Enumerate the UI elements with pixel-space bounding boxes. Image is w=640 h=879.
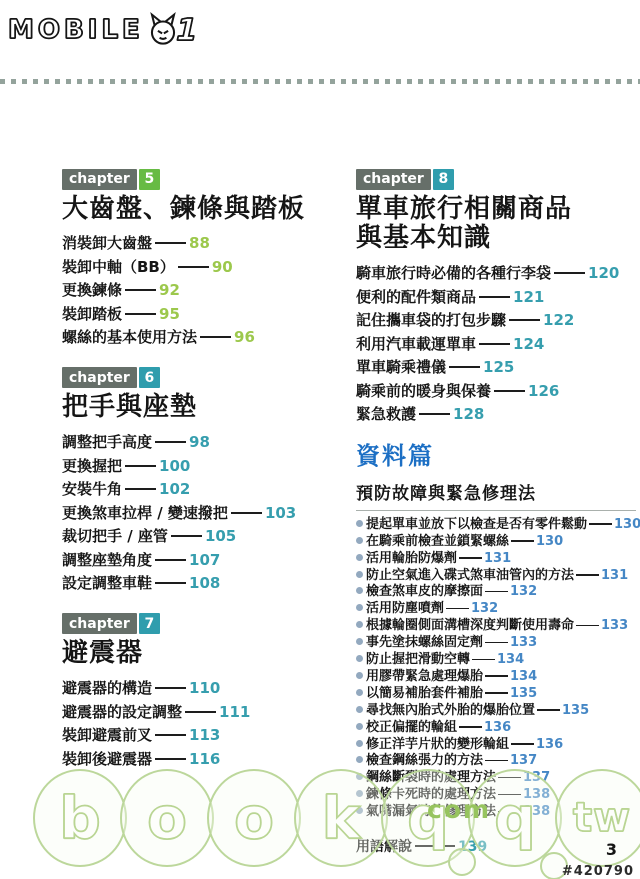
toc-item-label: 騎車旅行時必備的各種行李袋 [356, 264, 551, 282]
toc-item-label: 尋找無內胎式外胎的爆胎位置 [366, 703, 535, 718]
toc-item-label: 調整把手高度 [62, 433, 152, 451]
toc-bullet-item: 以簡易補胎套件補胎135 [356, 686, 636, 703]
toc-item-label: 活用防塵噴劑 [366, 601, 444, 616]
data-reference-section: 資料篇 預防故障與緊急修理法 提起單車並放下以檢查是否有零件鬆動130 在騎乘前… [356, 436, 636, 856]
toc-item: 利用汽車載運單車124 [356, 333, 636, 357]
toc-item: 單車騎乘禮儀125 [356, 356, 636, 380]
toc-item: 裝卸後避震器116 [62, 748, 342, 772]
toc-item: 裝卸避震前叉113 [62, 724, 342, 748]
leader-dash [485, 642, 508, 644]
book-toc-page: MOBILE 1 chapter 5 大齒盤、鍊條與踏板 [0, 0, 640, 879]
bullet-icon [356, 689, 363, 696]
toc-item: 更換煞車拉桿 / 變速撥把103 [62, 502, 342, 526]
glossary-item: 用語解說139 [356, 836, 636, 856]
chapter-6-title: 把手與座墊 [62, 393, 342, 423]
toc-item-label: 更換鍊條 [62, 281, 122, 299]
toc-item-label: 記住攜車袋的打包步驟 [356, 311, 506, 329]
chapter-8-title-line2: 與基本知識 [356, 224, 636, 254]
bullet-icon [356, 740, 363, 747]
toc-item-page: 102 [159, 480, 190, 498]
toc-bullet-item: 檢查鋼絲張力的方法137 [356, 753, 636, 770]
toc-item: 更換鍊條92 [62, 279, 342, 303]
toc-item-page: 131 [601, 568, 628, 583]
toc-item-page: 108 [189, 574, 220, 592]
leader-dash [589, 523, 612, 525]
chapter-7-title: 避震器 [62, 639, 342, 669]
toc-item-page: 98 [189, 433, 210, 451]
toc-item-page: 136 [536, 737, 563, 752]
toc-item-page: 135 [562, 703, 589, 718]
chapter-badge-number: 8 [433, 169, 454, 190]
data-section-item-list: 提起單車並放下以檢查是否有零件鬆動130 在騎乘前檢查並鎖緊螺絲130 活用輪胎… [356, 517, 636, 821]
toc-item-page: 88 [189, 234, 210, 252]
leader-dash [485, 760, 508, 762]
data-section-title: 資料篇 [356, 436, 636, 471]
leader-dash [459, 726, 482, 728]
toc-item: 螺絲的基本使用方法96 [62, 326, 342, 350]
leader-dash [537, 709, 560, 711]
toc-item-page: 134 [510, 669, 537, 684]
leader-dash [498, 811, 521, 813]
chapter-badge-number: 5 [139, 169, 160, 190]
toc-item-label: 裝卸避震前叉 [62, 726, 152, 744]
toc-item: 避震器的構造110 [62, 677, 342, 701]
chapter-6-item-list: 調整把手高度98 更換握把100 安裝牛角102 更換煞車拉桿 / 變速撥把10… [62, 431, 342, 596]
toc-item-label: 防止握把滑動空轉 [366, 652, 470, 667]
leader-dash [479, 296, 510, 298]
toc-item-label: 根據輪圈側面溝槽深度判斷使用壽命 [366, 618, 574, 633]
toc-item-page: 124 [513, 335, 544, 353]
mobile01-logo-text: MOBILE [8, 15, 144, 45]
chapter-badge-word: chapter [356, 169, 431, 190]
toc-item-label: 活用輪胎防爆劑 [366, 551, 457, 566]
bullet-icon [356, 537, 363, 544]
toc-bullet-item: 鋼絲斷裂時的處理方法137 [356, 770, 636, 787]
chapter-6-badge: chapter 6 [62, 367, 160, 388]
leader-dash [178, 266, 209, 268]
toc-item-page: 132 [471, 601, 498, 616]
chapter-badge-word: chapter [62, 367, 137, 388]
bullet-icon [356, 520, 363, 527]
leader-dash [125, 289, 156, 291]
leader-dash [125, 313, 156, 315]
bullet-icon [356, 807, 363, 814]
chapter-8-title: 單車旅行相關商品 與基本知識 [356, 195, 636, 255]
toc-item-label: 鋼絲斷裂時的處理方法 [366, 770, 496, 785]
leader-dash [231, 512, 262, 514]
watermark-letter: o [234, 784, 274, 852]
toc-item: 裝卸中軸（BB）90 [62, 256, 342, 280]
toc-item-page: 133 [601, 618, 628, 633]
toc-item-page: 116 [189, 750, 220, 768]
toc-item-label: 檢查鋼絲張力的方法 [366, 753, 483, 768]
toc-item-page: 107 [189, 551, 220, 569]
toc-item-label: 以簡易補胎套件補胎 [366, 686, 483, 701]
chapter-7-badge: chapter 7 [62, 613, 160, 634]
toc-item-label: 裝卸中軸（BB） [62, 258, 175, 276]
leader-dash [155, 582, 186, 584]
toc-item-page: 133 [510, 635, 537, 650]
toc-item-page: 136 [484, 720, 511, 735]
leader-dash [125, 488, 156, 490]
glossary-page: 139 [458, 839, 487, 855]
toc-item-label: 在騎乘前檢查並鎖緊螺絲 [366, 534, 509, 549]
leader-dash [171, 535, 202, 537]
toc-item-page: 100 [159, 457, 190, 475]
toc-bullet-item: 檢查煞車皮的摩擦面132 [356, 584, 636, 601]
toc-item-page: 137 [510, 753, 537, 768]
toc-item: 裁切把手 / 座管105 [62, 525, 342, 549]
bullet-icon [356, 621, 363, 628]
chapter-badge-number: 7 [139, 613, 160, 634]
toc-item-label: 更換握把 [62, 457, 122, 475]
toc-item: 調整座墊角度107 [62, 549, 342, 573]
toc-item-page: 134 [497, 652, 524, 667]
bullet-icon [356, 655, 363, 662]
chapter-badge-number: 6 [139, 367, 160, 388]
toc-item-page: 103 [265, 504, 296, 522]
toc-item: 裝卸踏板95 [62, 303, 342, 327]
bullet-icon [356, 672, 363, 679]
toc-item-page: 121 [513, 288, 544, 306]
bullet-icon [356, 638, 363, 645]
leader-dash [485, 692, 508, 694]
bullet-icon [356, 723, 363, 730]
leader-dash [511, 743, 534, 745]
toc-left-column: chapter 5 大齒盤、鍊條與踏板 消裝卸大齒盤88 裝卸中軸（BB）90 … [62, 168, 342, 788]
leader-dash [449, 366, 480, 368]
leader-dash [415, 845, 455, 847]
leader-dash [155, 734, 186, 736]
toc-item-label: 避震器的構造 [62, 679, 152, 697]
bullet-icon [356, 756, 363, 763]
leader-dash [554, 272, 585, 274]
toc-item-page: 126 [528, 382, 559, 400]
dotted-separator [0, 79, 640, 84]
toc-item: 調整把手高度98 [62, 431, 342, 455]
toc-item-label: 裁切把手 / 座管 [62, 527, 168, 545]
leader-dash [511, 540, 534, 542]
toc-item-label: 調整座墊角度 [62, 551, 152, 569]
mobile01-logo: MOBILE 1 [8, 12, 197, 48]
toc-item-label: 氣嘴漏氣時的修理方法 [366, 804, 496, 819]
toc-bullet-item: 用膠帶緊急處理爆胎134 [356, 669, 636, 686]
chapter-8-item-list: 騎車旅行時必備的各種行李袋120 便利的配件類商品121 記住攜車袋的打包步驟1… [356, 262, 636, 427]
toc-bullet-item: 活用輪胎防爆劑131 [356, 551, 636, 568]
toc-bullet-item: 在騎乘前檢查並鎖緊螺絲130 [356, 534, 636, 551]
toc-item-label: 緊急救護 [356, 405, 416, 423]
toc-item-label: 安裝牛角 [62, 480, 122, 498]
toc-item: 安裝牛角102 [62, 478, 342, 502]
toc-item-page: 122 [543, 311, 574, 329]
leader-dash [185, 711, 216, 713]
chapter-5-badge: chapter 5 [62, 169, 160, 190]
toc-item: 設定調整車鞋108 [62, 572, 342, 596]
leader-dash [200, 336, 231, 338]
toc-item-label: 螺絲的基本使用方法 [62, 328, 197, 346]
toc-item-label: 校正偏擺的輪組 [366, 720, 457, 735]
toc-item-page: 125 [483, 358, 514, 376]
toc-item-page: 105 [205, 527, 236, 545]
toc-item-label: 事先塗抹螺絲固定劑 [366, 635, 483, 650]
toc-item: 記住攜車袋的打包步驟122 [356, 309, 636, 333]
toc-item-page: 128 [453, 405, 484, 423]
leader-dash [509, 319, 540, 321]
toc-item: 消裝卸大齒盤88 [62, 232, 342, 256]
chapter-badge-word: chapter [62, 613, 137, 634]
leader-dash [494, 390, 525, 392]
chapter-6-section: chapter 6 把手與座墊 調整把手高度98 更換握把100 安裝牛角102… [62, 367, 342, 596]
toc-bullet-item: 校正偏擺的輪組136 [356, 720, 636, 737]
toc-item-label: 鍊條卡死時的處理方法 [366, 787, 496, 802]
toc-item-label: 檢查煞車皮的摩擦面 [366, 584, 483, 599]
toc-item-page: 138 [523, 804, 550, 819]
toc-item-page: 137 [523, 770, 550, 785]
toc-bullet-item: 提起單車並放下以檢查是否有零件鬆動130 [356, 517, 636, 534]
toc-item-label: 消裝卸大齒盤 [62, 234, 152, 252]
toc-item-label: 避震器的設定調整 [62, 703, 182, 721]
chapter-8-badge: chapter 8 [356, 169, 454, 190]
leader-dash [446, 608, 469, 610]
bullet-icon [356, 790, 363, 797]
toc-item-label: 更換煞車拉桿 / 變速撥把 [62, 504, 228, 522]
glossary-label: 用語解說 [356, 839, 412, 855]
bullet-icon [356, 706, 363, 713]
toc-bullet-item: 根據輪圈側面溝槽深度判斷使用壽命133 [356, 618, 636, 635]
toc-bullet-item: 尋找無內胎式外胎的爆胎位置135 [356, 703, 636, 720]
toc-item: 騎乘前的暖身與保養126 [356, 380, 636, 404]
leader-dash [498, 777, 521, 779]
post-id-stamp: #420790 [562, 864, 634, 879]
bullet-icon [356, 587, 363, 594]
toc-item-page: 132 [510, 584, 537, 599]
toc-item-page: 113 [189, 726, 220, 744]
chapter-7-section: chapter 7 避震器 避震器的構造110 避震器的設定調整111 裝卸避震… [62, 613, 342, 771]
toc-bullet-item: 氣嘴漏氣時的修理方法138 [356, 804, 636, 821]
toc-bullet-item: 修正洋芋片狀的變形輪組136 [356, 737, 636, 754]
leader-dash [472, 659, 495, 661]
toc-item-page: 138 [523, 787, 550, 802]
toc-bullet-item: 事先塗抹螺絲固定劑133 [356, 635, 636, 652]
leader-dash [485, 675, 508, 677]
bullet-icon [356, 554, 363, 561]
toc-item: 更換握把100 [62, 455, 342, 479]
bullet-icon [356, 773, 363, 780]
toc-item-label: 便利的配件類商品 [356, 288, 476, 306]
toc-item: 避震器的設定調整111 [62, 701, 342, 725]
data-section-subtitle: 預防故障與緊急修理法 [356, 479, 636, 511]
chapter-5-item-list: 消裝卸大齒盤88 裝卸中軸（BB）90 更換鍊條92 裝卸踏板95 螺絲的基本使… [62, 232, 342, 350]
leader-dash [155, 687, 186, 689]
chapter-7-item-list: 避震器的構造110 避震器的設定調整111 裝卸避震前叉113 裝卸後避震器11… [62, 677, 342, 771]
toc-item-label: 修正洋芋片狀的變形輪組 [366, 737, 509, 752]
chapter-5-title: 大齒盤、鍊條與踏板 [62, 195, 342, 225]
toc-item-label: 用膠帶緊急處理爆胎 [366, 669, 483, 684]
toc-item-label: 設定調整車鞋 [62, 574, 152, 592]
leader-dash [576, 625, 599, 627]
bullet-icon [356, 604, 363, 611]
leader-dash [485, 591, 508, 593]
leader-dash [576, 574, 599, 576]
toc-item-page: 131 [484, 551, 511, 566]
toc-item-page: 111 [219, 703, 250, 721]
leader-dash [419, 413, 450, 415]
toc-bullet-item: 鍊條卡死時的處理方法138 [356, 787, 636, 804]
toc-item-label: 騎乘前的暖身與保養 [356, 382, 491, 400]
leader-dash [479, 343, 510, 345]
watermark-letter: o [147, 784, 187, 852]
toc-item-page: 135 [510, 686, 537, 701]
toc-item: 緊急救護128 [356, 403, 636, 427]
chapter-8-title-line1: 單車旅行相關商品 [356, 195, 636, 225]
chapter-badge-word: chapter [62, 169, 137, 190]
toc-item-page: 130 [536, 534, 563, 549]
toc-item-page: 92 [159, 281, 180, 299]
leader-dash [459, 557, 482, 559]
toc-item-page: 95 [159, 305, 180, 323]
leader-dash [155, 559, 186, 561]
toc-item-page: 96 [234, 328, 255, 346]
toc-right-column: chapter 8 單車旅行相關商品 與基本知識 騎車旅行時必備的各種行李袋12… [356, 168, 636, 856]
toc-item-page: 120 [588, 264, 619, 282]
toc-bullet-item: 防止空氣進入碟式煞車油管內的方法131 [356, 568, 636, 585]
bullet-icon [356, 571, 363, 578]
chapter-5-section: chapter 5 大齒盤、鍊條與踏板 消裝卸大齒盤88 裝卸中軸（BB）90 … [62, 168, 342, 350]
toc-item-label: 利用汽車載運單車 [356, 335, 476, 353]
toc-item: 便利的配件類商品121 [356, 286, 636, 310]
toc-item-label: 裝卸後避震器 [62, 750, 152, 768]
leader-dash [155, 441, 186, 443]
toc-item: 騎車旅行時必備的各種行李袋120 [356, 262, 636, 286]
toc-item-label: 提起單車並放下以檢查是否有零件鬆動 [366, 517, 587, 532]
leader-dash [155, 242, 186, 244]
page-number: 3 [606, 840, 617, 859]
chapter-8-section: chapter 8 單車旅行相關商品 與基本知識 騎車旅行時必備的各種行李袋12… [356, 168, 636, 427]
toc-item-page: 90 [212, 258, 233, 276]
toc-item-page: 130 [614, 517, 640, 532]
watermark-letter: k [322, 784, 361, 852]
leader-dash [125, 465, 156, 467]
leader-dash [498, 794, 521, 796]
watermark-letter: b [59, 784, 101, 852]
toc-item-label: 裝卸踏板 [62, 305, 122, 323]
toc-bullet-item: 活用防塵噴劑132 [356, 601, 636, 618]
leader-dash [155, 758, 186, 760]
toc-bullet-item: 防止握把滑動空轉134 [356, 652, 636, 669]
toc-item-label: 防止空氣進入碟式煞車油管內的方法 [366, 568, 574, 583]
toc-item-label: 單車騎乘禮儀 [356, 358, 446, 376]
toc-item-page: 110 [189, 679, 220, 697]
